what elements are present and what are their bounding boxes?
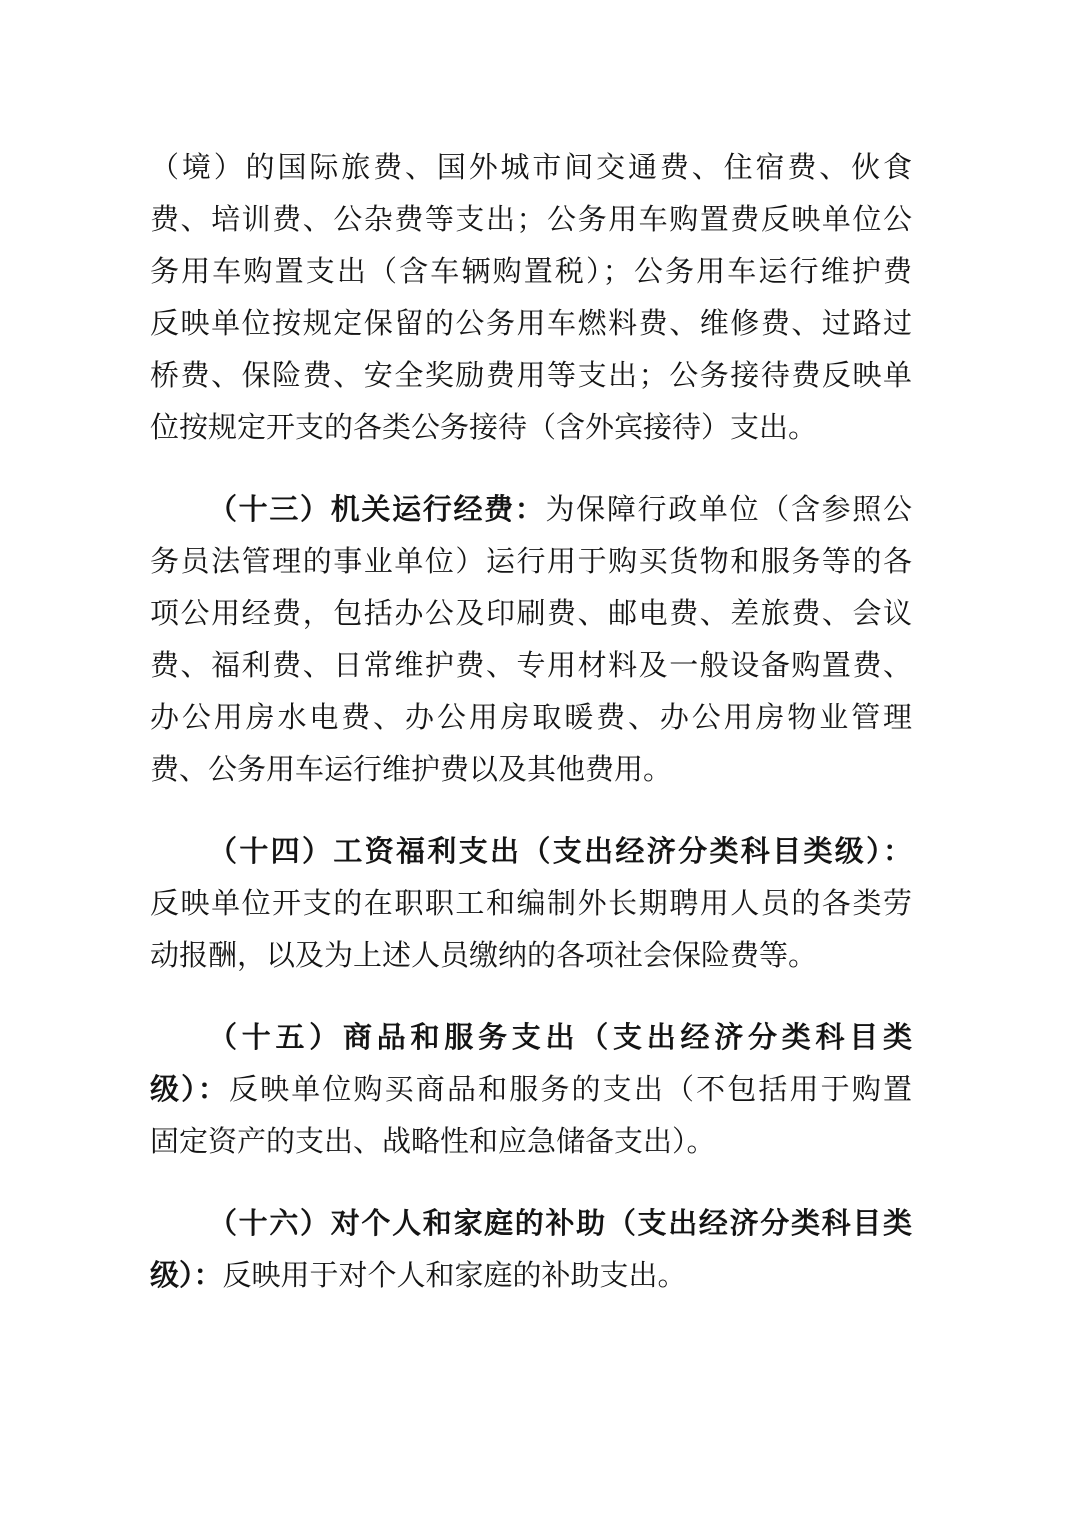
para-14-gongzi-fuli-zhichu: （十四）工资福利支出（支出经济分类科目类级）：反映单位开支的在职职工和编制外长期… — [150, 825, 912, 981]
para-13-jiguan-yunxing-jingfei: （十三）机关运行经费：为保障行政单位（含参照公务员法管理的事业单位）运行用于购买… — [150, 483, 912, 795]
text-segment: 固定资产的支出、战略性和应急储备支出）。 — [150, 1124, 716, 1158]
text-line: （十三）机关运行经费：为保障行政单位（含参照公 — [150, 483, 912, 535]
text-line: 务用车购置支出（含车辆购置税）；公务用车运行维护费 — [150, 245, 912, 297]
heading-segment: （十五）商品和服务支出（支出经济分类科目类 — [208, 1020, 912, 1054]
para-15-shangpin-fuwu-zhichu: （十五）商品和服务支出（支出经济分类科目类级）：反映单位购买商品和服务的支出（不… — [150, 1011, 912, 1167]
text-line: 办公用房水电费、办公用房取暖费、办公用房物业管理 — [150, 691, 912, 743]
text-segment: 反映用于对个人和家庭的补助支出。 — [223, 1258, 687, 1292]
text-segment: 为保障行政单位（含参照公 — [546, 492, 913, 526]
text-line: 反映单位按规定保留的公务用车燃料费、维修费、过路过 — [150, 297, 912, 349]
text-line: 务员法管理的事业单位）运行用于购买货物和服务等的各 — [150, 535, 912, 587]
text-line: （境）的国际旅费、国外城市间交通费、住宿费、伙食 — [150, 141, 912, 193]
text-segment: 动报酬，以及为上述人员缴纳的各项社会保险费等。 — [150, 938, 817, 972]
text-line: 位按规定开支的各类公务接待（含外宾接待）支出。 — [150, 401, 912, 453]
text-segment: 桥费、保险费、安全奖励费用等支出；公务接待费反映单 — [150, 358, 912, 392]
text-line: 费、公务用车运行维护费以及其他费用。 — [150, 743, 912, 795]
text-segment: （境）的国际旅费、国外城市间交通费、住宿费、伙食 — [150, 150, 912, 184]
document-body: （境）的国际旅费、国外城市间交通费、住宿费、伙食费、培训费、公杂费等支出；公务用… — [150, 141, 912, 1301]
heading-segment: （十三）机关运行经费： — [208, 492, 546, 526]
para-sangong-expenses-continuation: （境）的国际旅费、国外城市间交通费、住宿费、伙食费、培训费、公杂费等支出；公务用… — [150, 141, 912, 453]
text-line: （十六）对个人和家庭的补助（支出经济分类科目类 — [150, 1197, 912, 1249]
text-segment: 费、培训费、公杂费等支出；公务用车购置费反映单位公 — [150, 202, 912, 236]
para-16-geren-jiating-buzhu: （十六）对个人和家庭的补助（支出经济分类科目类级）：反映用于对个人和家庭的补助支… — [150, 1197, 912, 1301]
text-line: （十四）工资福利支出（支出经济分类科目类级）： — [150, 825, 912, 877]
text-line: 动报酬，以及为上述人员缴纳的各项社会保险费等。 — [150, 929, 912, 981]
text-line: 项公用经费，包括办公及印刷费、邮电费、差旅费、会议 — [150, 587, 912, 639]
text-segment: 反映单位购买商品和服务的支出（不包括用于购置 — [229, 1072, 912, 1106]
text-segment: 办公用房水电费、办公用房取暖费、办公用房物业管理 — [150, 700, 912, 734]
document-page: （境）的国际旅费、国外城市间交通费、住宿费、伙食费、培训费、公杂费等支出；公务用… — [0, 0, 1075, 1520]
text-segment: 费、福利费、日常维护费、专用材料及一般设备购置费、 — [150, 648, 912, 682]
text-line: （十五）商品和服务支出（支出经济分类科目类 — [150, 1011, 912, 1063]
text-line: 反映单位开支的在职职工和编制外长期聘用人员的各类劳 — [150, 877, 912, 929]
heading-segment: （十六）对个人和家庭的补助（支出经济分类科目类 — [208, 1206, 912, 1240]
text-segment: 务员法管理的事业单位）运行用于购买货物和服务等的各 — [150, 544, 912, 578]
text-segment: 费、公务用车运行维护费以及其他费用。 — [150, 752, 672, 786]
text-line: 固定资产的支出、战略性和应急储备支出）。 — [150, 1115, 912, 1167]
text-segment: 反映单位开支的在职职工和编制外长期聘用人员的各类劳 — [150, 886, 912, 920]
text-segment: 位按规定开支的各类公务接待（含外宾接待）支出。 — [150, 410, 817, 444]
text-segment: 项公用经费，包括办公及印刷费、邮电费、差旅费、会议 — [150, 596, 912, 630]
heading-segment: 级）： — [150, 1258, 223, 1292]
text-line: 费、培训费、公杂费等支出；公务用车购置费反映单位公 — [150, 193, 912, 245]
text-line: 级）：反映单位购买商品和服务的支出（不包括用于购置 — [150, 1063, 912, 1115]
text-line: 桥费、保险费、安全奖励费用等支出；公务接待费反映单 — [150, 349, 912, 401]
text-segment: 务用车购置支出（含车辆购置税）；公务用车运行维护费 — [150, 254, 912, 288]
heading-segment: 级）： — [150, 1072, 229, 1106]
text-line: 级）：反映用于对个人和家庭的补助支出。 — [150, 1249, 912, 1301]
text-line: 费、福利费、日常维护费、专用材料及一般设备购置费、 — [150, 639, 912, 691]
heading-segment: （十四）工资福利支出（支出经济分类科目类级）： — [208, 834, 912, 868]
text-segment: 反映单位按规定保留的公务用车燃料费、维修费、过路过 — [150, 306, 912, 340]
